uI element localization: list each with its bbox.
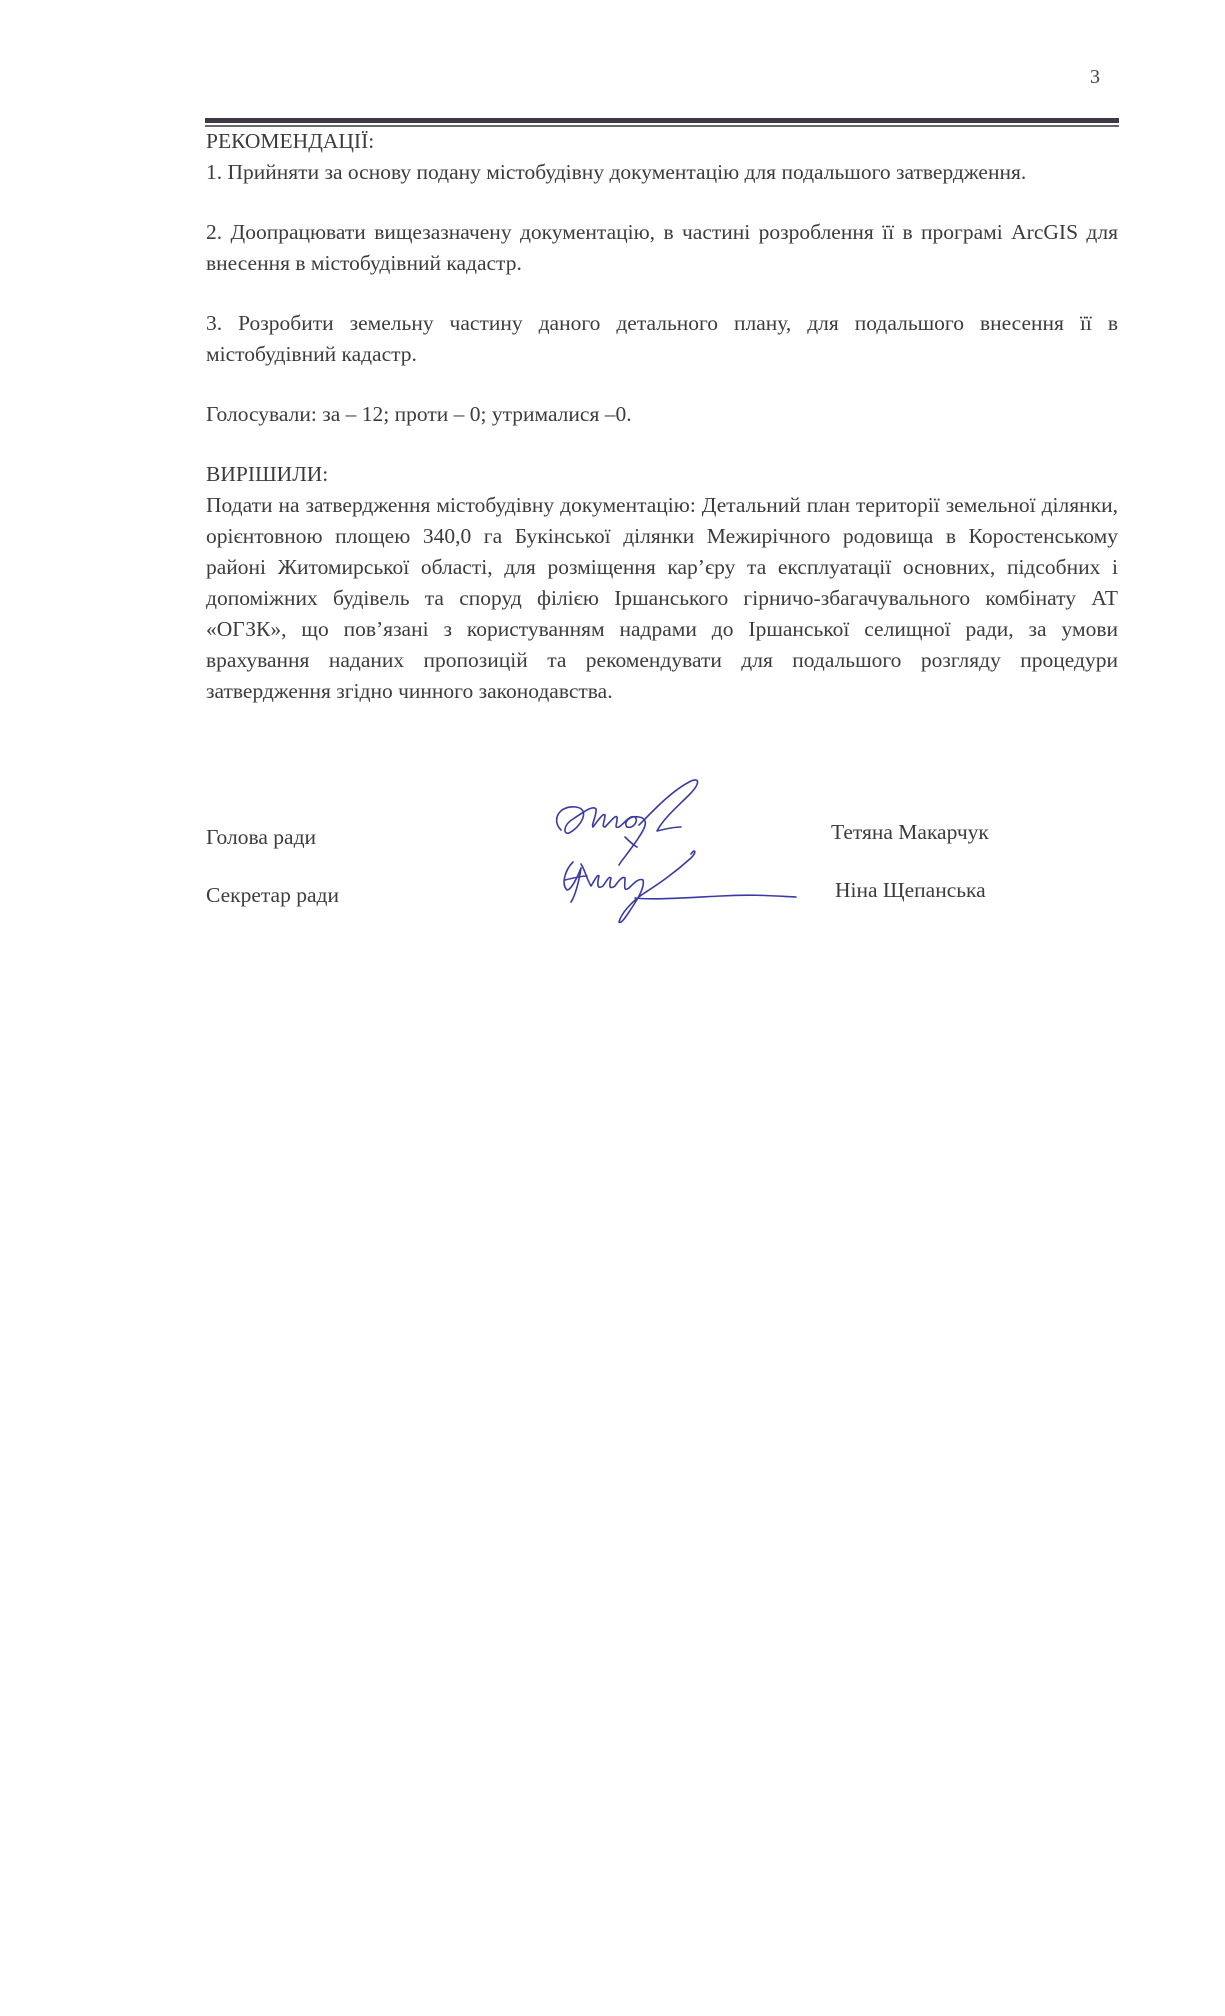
recommendations-heading: РЕКОМЕНДАЦІЇ: (206, 126, 1118, 157)
chairman-name: Тетяна Макарчук (831, 820, 989, 845)
header-divider-thick (205, 118, 1119, 123)
signature-block: Голова ради Тетяна Макарчук Секретар рад… (206, 780, 1118, 930)
spacer (206, 430, 1118, 459)
page-number: 3 (1090, 66, 1100, 89)
decision-text: Подати на затвердження містобудівну доку… (206, 490, 1118, 707)
document-body: РЕКОМЕНДАЦІЇ: 1. Прийняти за основу пода… (206, 126, 1118, 707)
spacer (206, 188, 1118, 217)
secretary-signature-icon (551, 840, 801, 925)
decision-heading: ВИРІШИЛИ: (206, 459, 1118, 490)
recommendation-item-2: 2. Доопрацювати вищезазначену документац… (206, 217, 1118, 279)
chairman-role-label: Голова ради (206, 825, 316, 850)
recommendation-item-1: 1. Прийняти за основу подану містобудівн… (206, 157, 1118, 188)
secretary-name: Ніна Щепанська (835, 878, 986, 903)
spacer (206, 370, 1118, 399)
voting-result: Голосували: за – 12; проти – 0; утримали… (206, 399, 1118, 430)
spacer (206, 279, 1118, 308)
secretary-role-label: Секретар ради (206, 883, 339, 908)
recommendation-item-3: 3. Розробити земельну частину даного дет… (206, 308, 1118, 370)
